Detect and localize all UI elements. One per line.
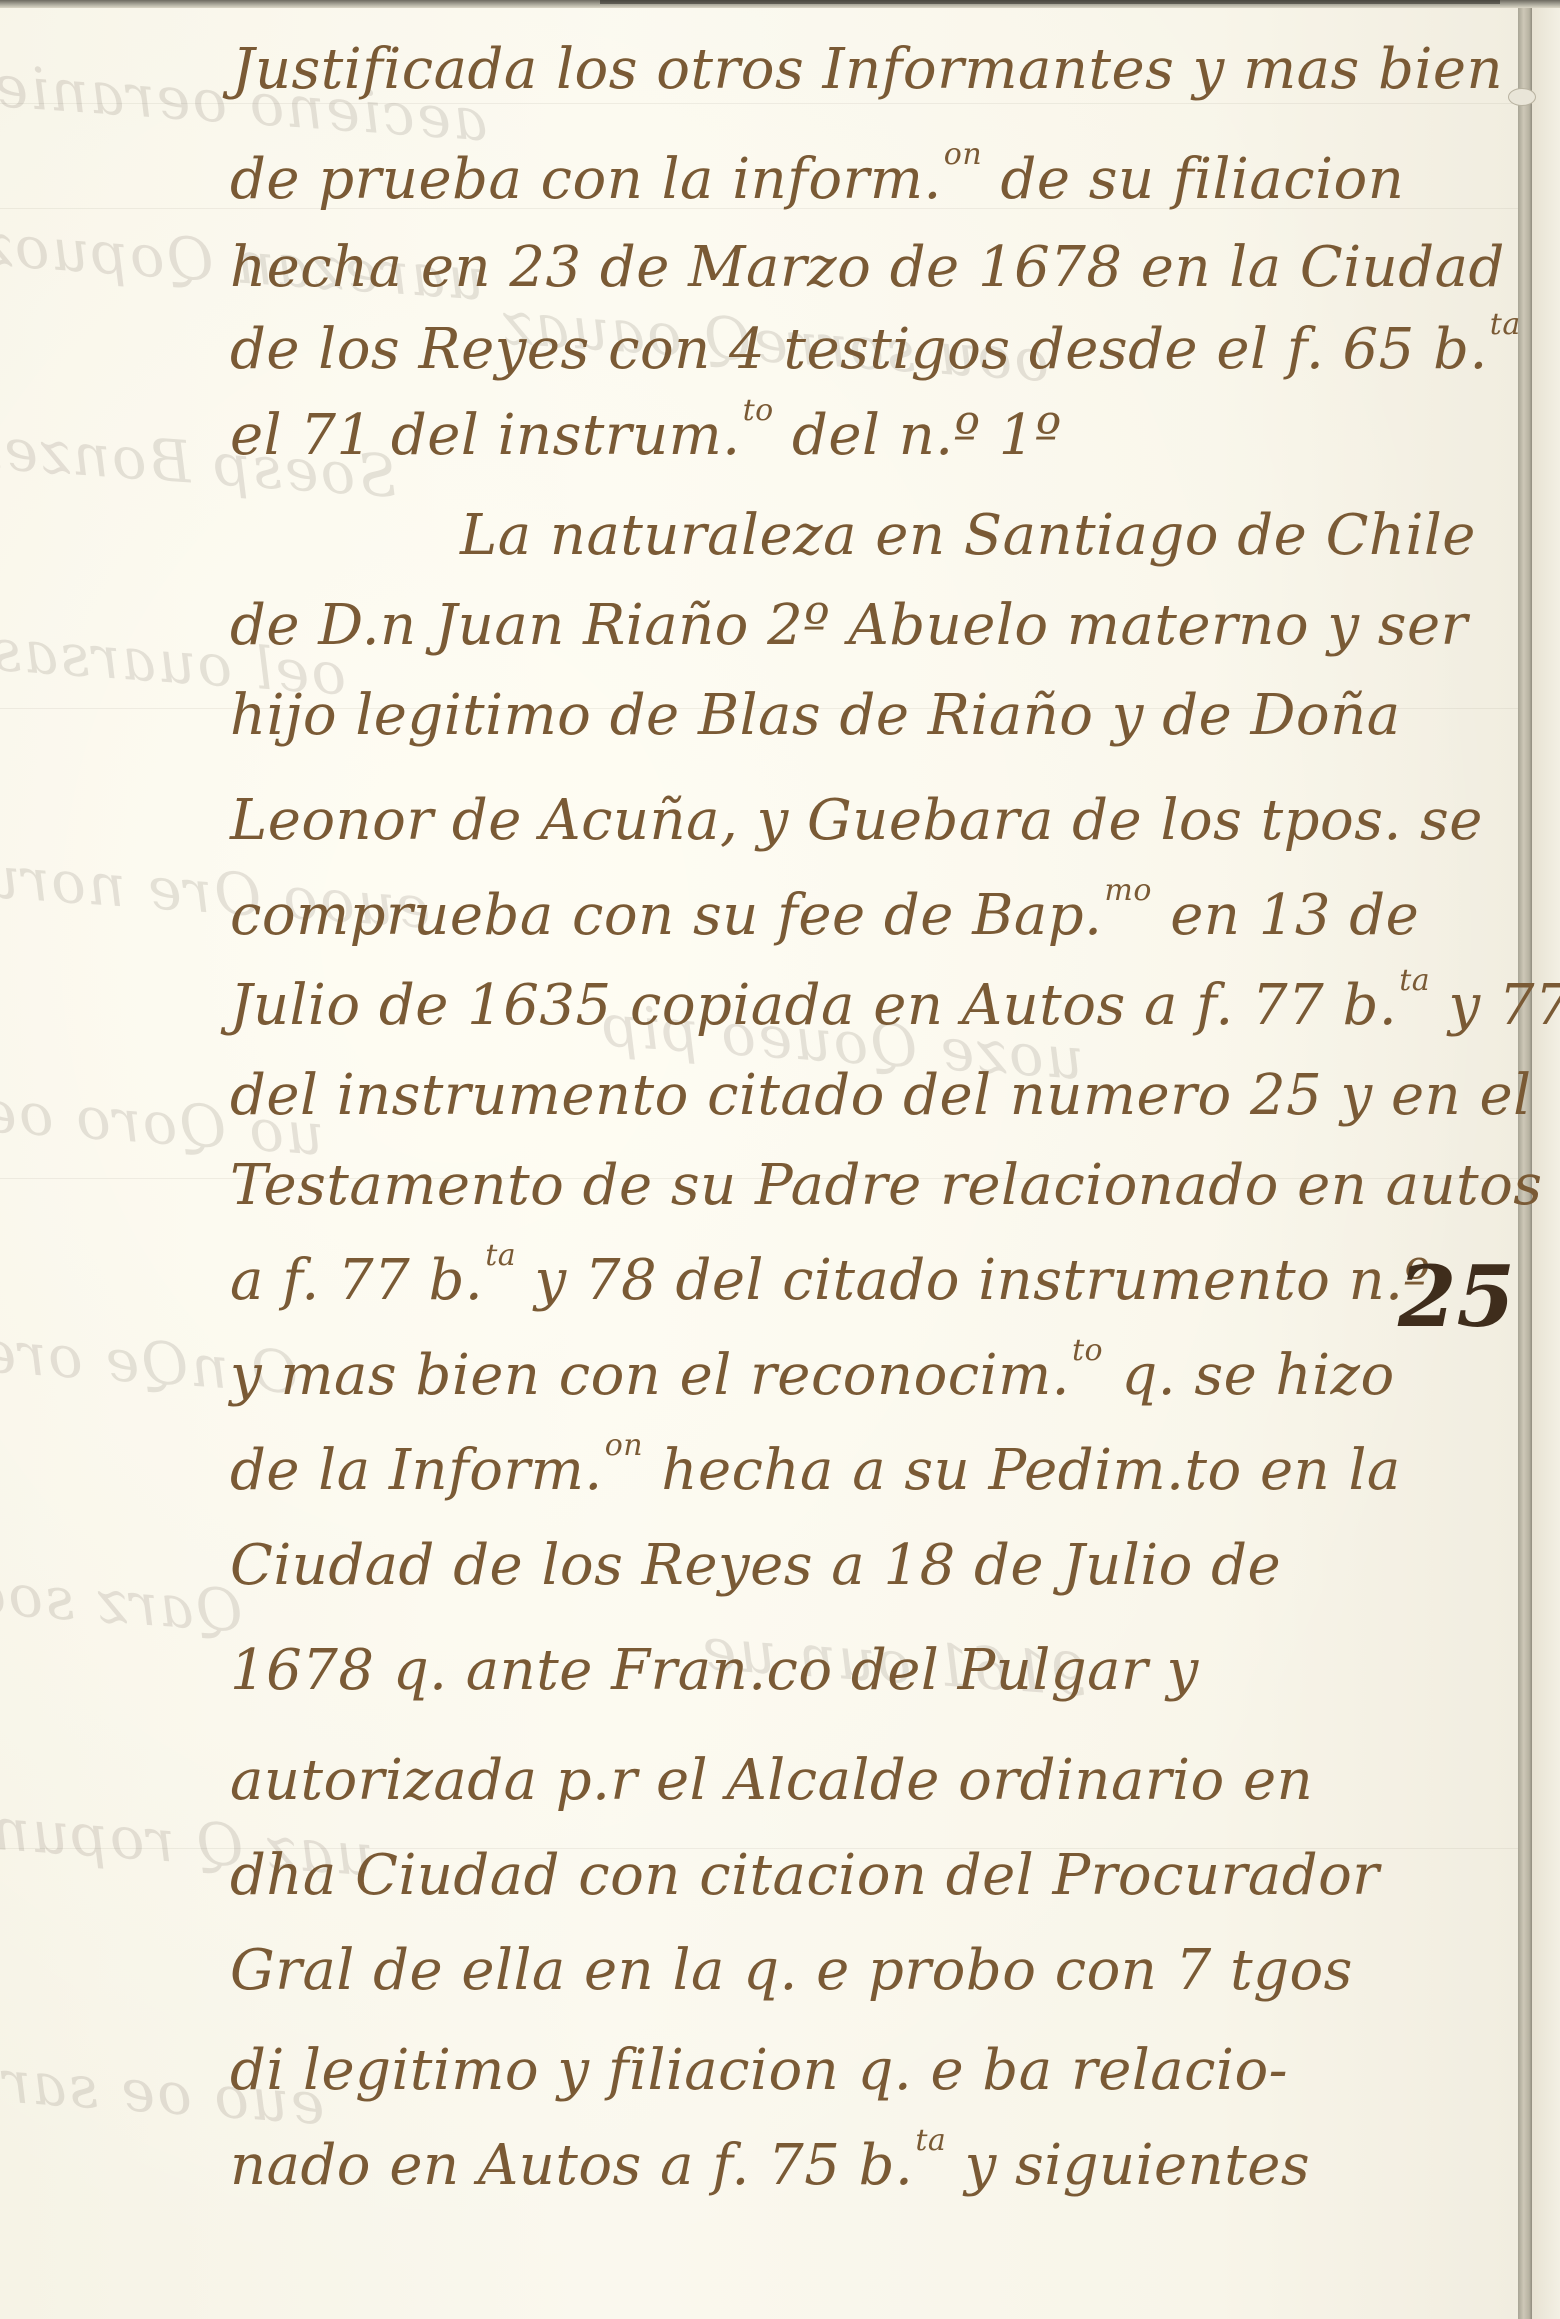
manuscript-line-22: di legitimo y filiacion q. e ba relacio- <box>230 2043 1520 2099</box>
manuscript-line-1: Justificada los otros Informantes y mas … <box>232 42 1522 98</box>
manuscript-line-7: de D.n Juan Riaño 2º Abuelo materno y se… <box>230 598 1520 654</box>
marginal-number: 25 <box>1398 1255 1515 1339</box>
manuscript-line-17: Ciudad de los Reyes a 18 de Julio de <box>230 1538 1520 1594</box>
manuscript-line-14: a f. 77 b.ta y 78 del citado instrumento… <box>230 1253 1520 1309</box>
manuscript-line-21: Gral de ella en la q. e probo con 7 tgos <box>230 1943 1520 1999</box>
manuscript-line-5: el 71 del instrum.to del n.º 1º <box>230 408 1520 464</box>
manuscript-line-6: La naturaleza en Santiago de Chile <box>460 508 1560 564</box>
manuscript-line-9: Leonor de Acuña, y Guebara de los tpos. … <box>230 793 1520 849</box>
manuscript-line-8: hijo legitimo de Blas de Riaño y de Doña <box>230 688 1520 744</box>
manuscript-line-20: dha Ciudad con citacion del Procurador <box>230 1848 1520 1904</box>
manuscript-line-12: del instrumento citado del numero 25 y e… <box>230 1068 1520 1124</box>
manuscript-line-16: de la Inform.on hecha a su Pedim.to en l… <box>230 1443 1520 1499</box>
ruling-line <box>0 103 1518 104</box>
manuscript-line-2: de prueba con la inform.on de su filiaci… <box>230 152 1520 208</box>
manuscript-line-23: nado en Autos a f. 75 b.ta y siguientes <box>230 2138 1520 2194</box>
bleed-through-text: Qarz soe <box>0 1559 246 1646</box>
manuscript-line-4: de los Reyes con 4 testigos desde el f. … <box>230 322 1520 378</box>
manuscript-line-3: hecha en 23 de Marzo de 1678 en la Ciuda… <box>230 240 1520 296</box>
manuscript-line-13: Testamento de su Padre relacionado en au… <box>230 1158 1520 1214</box>
manuscript-scan: aecieno oeranies uarezan Qopuoz Soesp Bo… <box>0 0 1560 2319</box>
manuscript-line-11: Julio de 1635 copiada en Autos a f. 77 b… <box>230 978 1520 1034</box>
manuscript-line-10: comprueba con su fee de Bap.mo en 13 de <box>230 888 1520 944</box>
manuscript-line-19: autorizada p.r el Alcalde ordinario en <box>230 1753 1520 1809</box>
manuscript-line-18: 1678 q. ante Fran.co del Pulgar y <box>230 1643 1520 1699</box>
manuscript-line-15: y mas bien con el reconocim.to q. se hiz… <box>230 1348 1520 1404</box>
